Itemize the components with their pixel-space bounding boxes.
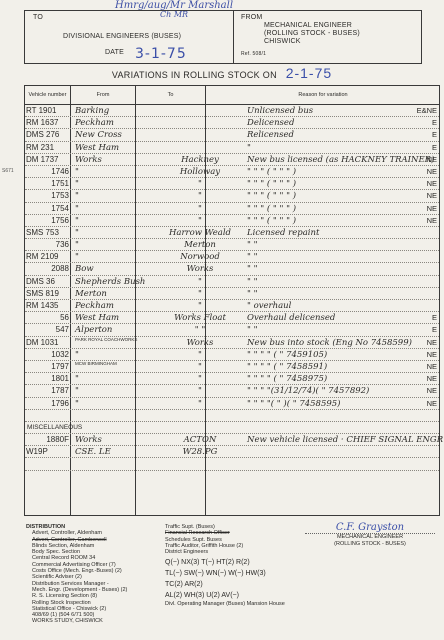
from-section: FROM MECHANICAL ENGINEER (ROLLING STOCK … — [234, 11, 421, 63]
from-location: Alperton — [75, 324, 155, 336]
vehicle-number: RT 1901 — [26, 105, 70, 117]
vehicle-number: DMS 276 — [26, 129, 70, 141]
from-location: New Cross — [75, 129, 155, 141]
division-code: E — [409, 117, 437, 129]
reason: " " — [247, 239, 417, 251]
to-location: " — [155, 288, 245, 300]
reason: Licensed repaint — [247, 227, 417, 239]
vehicle-number: 1746 — [26, 166, 69, 178]
table-row: RM 1637PeckhamDelicensedE — [25, 117, 439, 129]
table-row: DM 1737WorksHackneyNew bus licensed (as … — [25, 154, 439, 166]
to-location: " — [155, 215, 245, 227]
distribution-item: District Engineers — [165, 549, 285, 555]
table-row: 1032""" " " " ( " 7459105)NE — [25, 349, 439, 361]
division-code — [409, 227, 437, 239]
to-location: " — [155, 203, 245, 215]
to-location: Norwood — [155, 251, 245, 263]
vehicle-number: SMS 753 — [26, 227, 70, 239]
to-location: Works — [155, 337, 245, 349]
variations-table: Vehicle number From To Reason for variat… — [24, 85, 440, 516]
vehicle-number: 547 — [26, 324, 69, 336]
from-location: " — [75, 373, 155, 385]
reason: " " — [247, 276, 417, 288]
reason: Delicensed — [247, 117, 417, 129]
district-code-line: AL(2) WH(3) U(2) AV(−) — [165, 590, 285, 601]
to-location: " — [155, 178, 245, 190]
division-code: NE — [409, 373, 437, 385]
to-location: Works — [155, 263, 245, 275]
header-reason: Reason for variation — [206, 86, 440, 104]
table-row: 2088BowWorks" " — [25, 263, 439, 275]
from-location: PARK ROYAL COACHWORKS — [75, 337, 155, 349]
vehicle-number: SMS 819 — [26, 288, 70, 300]
distribution-right: Traffic Supt. (Buses)Financial Research … — [165, 524, 285, 608]
division-code — [409, 263, 437, 275]
division-code: NE — [409, 361, 437, 373]
to-location: Harrow Weald — [155, 227, 245, 239]
reason: New bus licensed (as HACKNEY TRAINER) — [247, 154, 417, 166]
title-text: VARIATIONS IN ROLLING STOCK ON — [112, 70, 277, 80]
from-location: Works — [75, 154, 155, 166]
from-location: " — [75, 203, 155, 215]
from-location: Peckham — [75, 117, 155, 129]
header-to: To — [136, 86, 205, 104]
vehicle-number: RM 1637 — [26, 117, 70, 129]
to-value: DIVISIONAL ENGINEERS (BUSES) — [63, 33, 181, 40]
division-code: NE — [409, 215, 437, 227]
reason: " " " ( " " " ) — [247, 215, 417, 227]
table-row: 1756""" " " ( " " " )NE — [25, 215, 439, 227]
reason: " " " ( " " " ) — [247, 178, 417, 190]
reason: Relicensed — [247, 129, 417, 141]
vehicle-number: 1753 — [26, 190, 69, 202]
vehicle-number: RM 231 — [26, 142, 70, 154]
district-code-line: TL(−) SW(−) WN(−) W(−) HW(3) — [165, 568, 285, 579]
table-row: 1753""" " " ( " " " )NE — [25, 190, 439, 202]
division-code — [409, 239, 437, 251]
signature: C.F. Grayston — [305, 522, 435, 534]
to-location: Merton — [155, 239, 245, 251]
table-row — [25, 458, 439, 470]
from-location: " — [75, 349, 155, 361]
table-row: 1797MCW BIRMINGHAM"" " " " ( " 7458591)N… — [25, 361, 439, 373]
table-row: RT 1901BarkingUnlicensed busE&NE — [25, 105, 439, 117]
to-location: Holloway — [155, 166, 245, 178]
reason: " " — [247, 288, 417, 300]
to-location — [155, 458, 245, 470]
table-row: 1787""" " " "(31/12/74)( " 7457892)NE — [25, 385, 439, 397]
division-code: E — [409, 142, 437, 154]
to-location: Hackney — [155, 154, 245, 166]
division-code — [409, 458, 437, 470]
from-location: Shepherds Bush — [75, 276, 155, 288]
to-label: TO — [33, 14, 43, 21]
table-row: RM 1435Peckham"" overhaul — [25, 300, 439, 312]
vehicle-number: DM 1737 — [26, 154, 70, 166]
reference: Ref. 508/1 — [241, 51, 266, 57]
table-row: 1880FWorksACTONNew vehicle licensed · CH… — [25, 434, 439, 446]
distribution-item: WORKS STUDY, CHISWICK — [32, 618, 127, 624]
division-code: E — [409, 324, 437, 336]
division-code: E — [409, 129, 437, 141]
to-location: " " — [155, 324, 245, 336]
page-title: VARIATIONS IN ROLLING STOCK ON 2-1-75 — [0, 65, 444, 81]
from-label: FROM — [241, 14, 262, 21]
reason — [247, 458, 417, 470]
from-location: West Ham — [75, 312, 155, 324]
reason: " — [247, 142, 417, 154]
date-label: DATE — [105, 49, 124, 56]
vehicle-number: 1032 — [26, 349, 69, 361]
to-location: " — [155, 373, 245, 385]
to-location: " — [155, 190, 245, 202]
reason: " " " ( " " " ) — [247, 190, 417, 202]
division-code: NE — [409, 398, 437, 410]
division-code — [409, 288, 437, 300]
to-location: Works Float — [155, 312, 245, 324]
to-location — [155, 129, 245, 141]
to-location — [155, 410, 245, 422]
table-row: 736"Merton" " — [25, 239, 439, 251]
to-section: TO DIVISIONAL ENGINEERS (BUSES) DATE 3-1… — [25, 11, 234, 63]
date-value: 3-1-75 — [135, 46, 187, 62]
vehicle-number: 1797 — [26, 361, 69, 373]
division-code — [409, 446, 437, 458]
from-line-3: CHISWICK — [264, 38, 301, 45]
header-box: TO DIVISIONAL ENGINEERS (BUSES) DATE 3-1… — [24, 10, 422, 64]
vehicle-number: 2088 — [26, 263, 69, 275]
vehicle-number: 736 — [26, 239, 69, 251]
table-row: 56West HamWorks FloatOverhaul delicensed… — [25, 312, 439, 324]
table-row: 1796""" " " "( " )( " 7458595)NE — [25, 398, 439, 410]
reason: " " " "(31/12/74)( " 7457892) — [247, 385, 417, 397]
division-code: NE — [409, 203, 437, 215]
distribution-right-list: Traffic Supt. (Buses)Financial Research … — [165, 524, 285, 555]
reason: " " " " ( " 7458591) — [247, 361, 417, 373]
reason — [247, 410, 417, 422]
from-location: Barking — [75, 105, 155, 117]
table-row: W19PCSE. LEW28.PG — [25, 446, 439, 458]
to-location: ACTON — [155, 434, 245, 446]
vehicle-number: 1787 — [26, 385, 69, 397]
to-location: " — [155, 300, 245, 312]
vehicle-number: 1751 — [26, 178, 69, 190]
division-code — [409, 410, 437, 422]
vehicle-number: 1754 — [26, 203, 69, 215]
table-row: RM 231West Ham"E — [25, 142, 439, 154]
division-code: E — [409, 312, 437, 324]
vehicle-number: W19P — [26, 446, 70, 458]
reason: " " " " ( " 7458975) — [247, 373, 417, 385]
table-row: DMS 276New CrossRelicensedE — [25, 129, 439, 141]
from-location: " — [75, 239, 155, 251]
vehicle-number — [26, 410, 69, 422]
division-code: NE — [409, 337, 437, 349]
from-location: Peckham — [75, 300, 155, 312]
distribution-footer: Divl. Operating Manager (Buses) Mansion … — [165, 601, 285, 607]
district-code-line: TC(2) AR(2) — [165, 579, 285, 590]
misc-section-header: MISCELLANEOUS — [25, 422, 439, 434]
reason: Overhaul delicensed — [247, 312, 417, 324]
vehicle-number — [26, 458, 69, 470]
reason: " " " ( " " " ) — [247, 166, 417, 178]
margin-note: S671 — [2, 168, 14, 174]
division-code — [409, 276, 437, 288]
division-code: NE — [409, 166, 437, 178]
to-location: " — [155, 276, 245, 288]
vehicle-number: DM 1031 — [26, 337, 70, 349]
from-location: Bow — [75, 263, 155, 275]
from-location: " — [75, 227, 155, 239]
to-location — [155, 117, 245, 129]
district-codes: Q(−) NX(3) T(−) HT(2) R(2)TL(−) SW(−) WN… — [165, 557, 285, 601]
reason: " " " " ( " 7459105) — [247, 349, 417, 361]
table-row: 1746"Holloway" " " ( " " " )NE — [25, 166, 439, 178]
from-location — [75, 458, 155, 470]
reason: " " " "( " )( " 7458595) — [247, 398, 417, 410]
to-location — [155, 142, 245, 154]
vehicle-number: DMS 36 — [26, 276, 70, 288]
from-location: " — [75, 215, 155, 227]
rolling-stock-variation-form: Hmrg/aug/Mr Marshall Ch MR TO DIVISIONAL… — [0, 0, 444, 640]
vehicle-number: 1796 — [26, 398, 69, 410]
vehicle-number: 1801 — [26, 373, 69, 385]
district-code-line: Q(−) NX(3) T(−) HT(2) R(2) — [165, 557, 285, 568]
vehicle-number: RM 2109 — [26, 251, 70, 263]
reason: Unlicensed bus — [247, 105, 417, 117]
division-code — [409, 434, 437, 446]
to-location: " — [155, 349, 245, 361]
distribution-list: DISTRIBUTION Advert, Controller, Aldenha… — [26, 524, 127, 625]
division-code — [409, 251, 437, 263]
reason: " " — [247, 251, 417, 263]
reason: " " — [247, 263, 417, 275]
from-location: CSE. LE — [75, 446, 155, 458]
header-from: From — [71, 86, 135, 104]
table-row: 1801""" " " " ( " 7458975)NE — [25, 373, 439, 385]
vehicle-number: RM 1435 — [26, 300, 70, 312]
from-location: " — [75, 385, 155, 397]
vehicle-number: 56 — [26, 312, 69, 324]
distribution-left: Advert, Controller, AldenhamAdvert, Cont… — [26, 530, 127, 624]
from-location: " — [75, 190, 155, 202]
vehicle-number: 1756 — [26, 215, 69, 227]
reason: " " " ( " " " ) — [247, 203, 417, 215]
reason: " " — [247, 324, 417, 336]
reason: " overhaul — [247, 300, 417, 312]
title-date: 2-1-75 — [286, 65, 332, 81]
from-location — [75, 410, 155, 422]
from-location: " — [75, 166, 155, 178]
table-row: SMS 819Merton"" " — [25, 288, 439, 300]
from-location: West Ham — [75, 142, 155, 154]
from-location: " — [75, 178, 155, 190]
signature-role-2: (ROLLING STOCK - BUSES) — [305, 541, 435, 548]
division-code — [409, 300, 437, 312]
from-location: " — [75, 398, 155, 410]
table-row: DM 1031PARK ROYAL COACHWORKSWorksNew bus… — [25, 337, 439, 349]
from-line-1: MECHANICAL ENGINEER — [264, 22, 352, 29]
division-code: E&NE — [409, 105, 437, 117]
header-vehicle: Vehicle number — [25, 86, 70, 104]
table-row: SMS 753"Harrow WealdLicensed repaint — [25, 227, 439, 239]
division-code: NE — [409, 178, 437, 190]
from-location: " — [75, 251, 155, 263]
misc-label: MISCELLANEOUS — [27, 422, 82, 434]
reason — [247, 446, 417, 458]
division-code: NE — [409, 190, 437, 202]
table-body: RT 1901BarkingUnlicensed busE&NERM 1637P… — [25, 105, 439, 471]
from-location: Works — [75, 434, 155, 446]
table-row: 1751""" " " ( " " " )NE — [25, 178, 439, 190]
to-location: W28.PG — [155, 446, 245, 458]
division-code: NE — [409, 349, 437, 361]
reason: New bus into stock (Eng No 7458599) — [247, 337, 417, 349]
table-row: 547Alperton" "" "E — [25, 324, 439, 336]
table-row: 1754""" " " ( " " " )NE — [25, 203, 439, 215]
division-code: NE — [409, 385, 437, 397]
from-location: Merton — [75, 288, 155, 300]
to-location: " — [155, 385, 245, 397]
reason: New vehicle licensed · CHIEF SIGNAL ENGR… — [247, 434, 417, 446]
table-row: RM 2109"Norwood" " — [25, 251, 439, 263]
division-code: NE — [409, 154, 437, 166]
table-row — [25, 410, 439, 422]
signature-block: C.F. Grayston MECHANICAL ENGINEER (ROLLI… — [305, 522, 435, 547]
to-location: " — [155, 398, 245, 410]
table-row: DMS 36Shepherds Bush"" " — [25, 276, 439, 288]
from-line-2: (ROLLING STOCK - BUSES) — [264, 30, 360, 37]
from-location: MCW BIRMINGHAM — [75, 361, 155, 373]
to-location — [155, 105, 245, 117]
table-header: Vehicle number From To Reason for variat… — [25, 86, 439, 105]
vehicle-number: 1880F — [26, 434, 69, 446]
to-location: " — [155, 361, 245, 373]
